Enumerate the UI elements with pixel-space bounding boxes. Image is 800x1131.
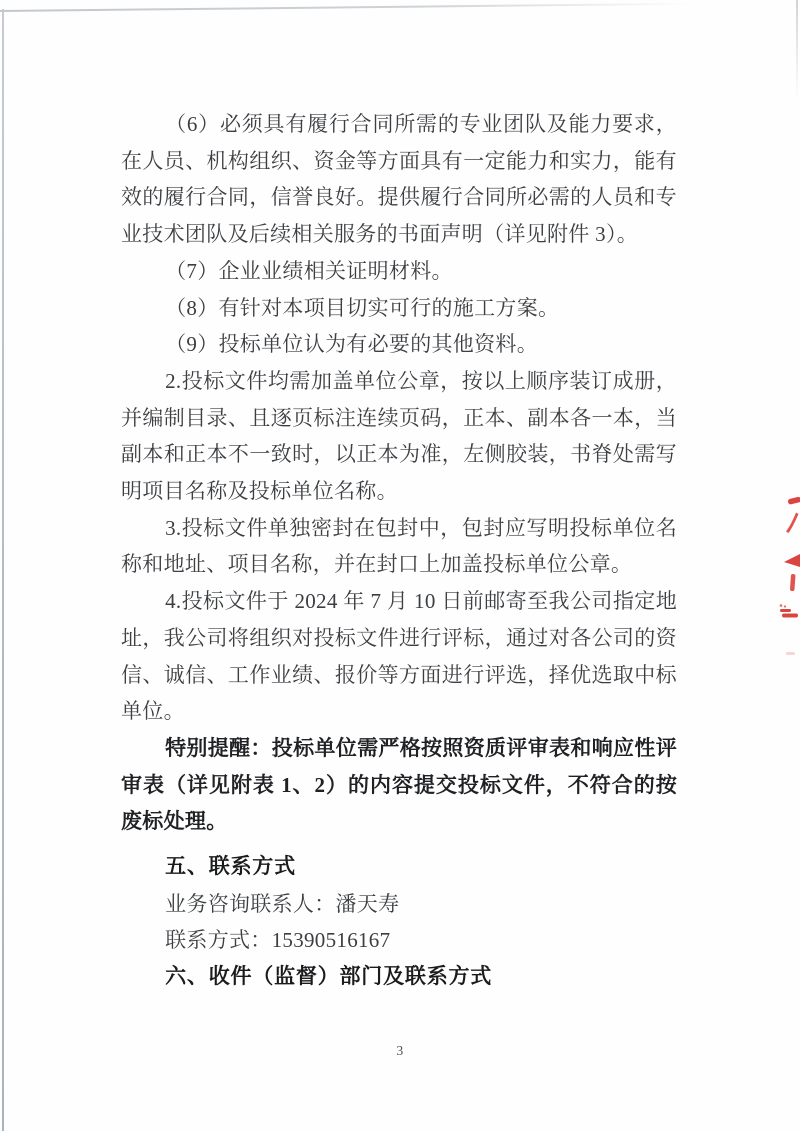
page-number: 3: [0, 1044, 800, 1060]
red-seal-fragment: [774, 492, 800, 662]
paragraph-point-2: 2.投标文件均需加盖单位公章，按以上顺序装订成册，并编制目录、且逐页标注连续页码…: [121, 363, 677, 510]
paragraph-point-4: 4.投标文件于 2024 年 7 月 10 日前邮寄至我公司指定地址，我公司将组…: [121, 583, 677, 730]
document-body: （6）必须具有履行合同所需的专业团队及能力要求，在人员、机构组织、资金等方面具有…: [121, 106, 677, 996]
scan-edge-top: [0, 3, 695, 12]
section-6-heading: 六、收件（监督）部门及联系方式: [121, 959, 677, 996]
paragraph-point-3: 3.投标文件单独密封在包封中，包封应写明投标单位名称和地址、项目名称，并在封口上…: [121, 510, 677, 583]
paragraph-item-8: （8）有针对本项目切实可行的施工方案。: [121, 290, 677, 327]
scan-edge-left: [2, 9, 4, 1131]
special-notice-paragraph: 特别提醒：投标单位需严格按照资质评审表和响应性评审表（详见附表 1、2）的内容提…: [121, 730, 677, 840]
paragraph-item-9: （9）投标单位认为有必要的其他资料。: [121, 326, 677, 363]
paragraph-item-6: （6）必须具有履行合同所需的专业团队及能力要求，在人员、机构组织、资金等方面具有…: [121, 106, 677, 253]
contact-person-line: 业务咨询联系人：潘天寿: [121, 886, 677, 923]
scanned-document-page: （6）必须具有履行合同所需的专业团队及能力要求，在人员、机构组织、资金等方面具有…: [0, 0, 800, 1131]
scan-edge-right: [796, 0, 798, 100]
paragraph-item-7: （7）企业业绩相关证明材料。: [121, 253, 677, 290]
section-5-heading: 五、联系方式: [121, 849, 677, 886]
contact-phone-line: 联系方式：15390516167: [121, 922, 677, 959]
